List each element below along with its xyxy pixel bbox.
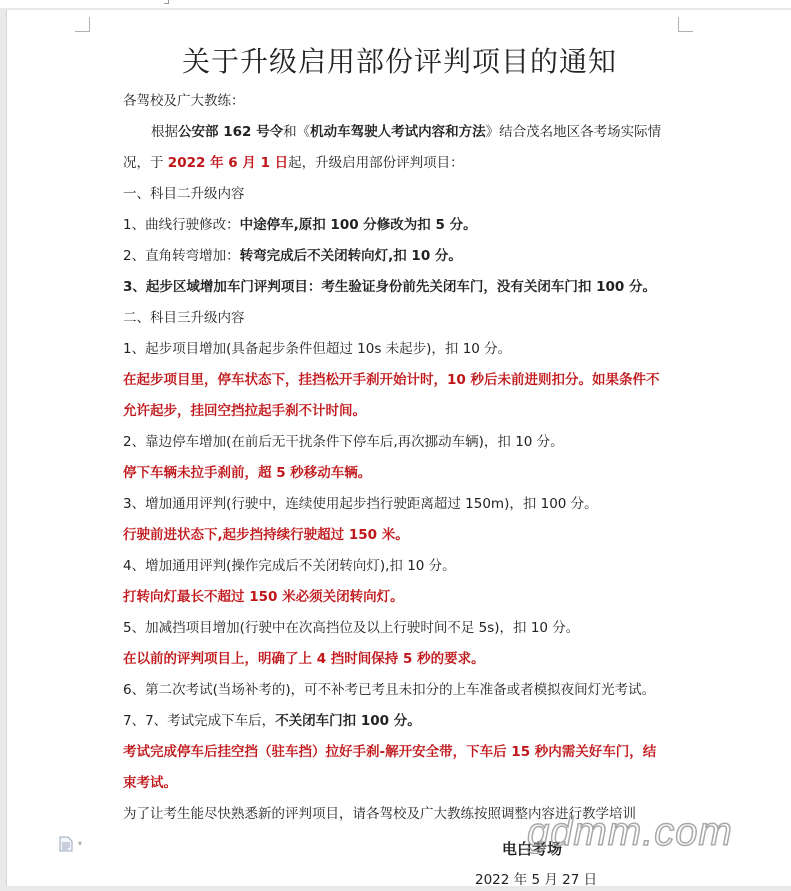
subject-3-item-1-note-cont: 允许起步，挂回空挡拉起手刹不计时间。	[123, 396, 693, 427]
document-body: 各驾校及广大教练： 根据公安部 162 号令和《机动车驾驶人考试内容和方法》结合…	[123, 86, 693, 830]
intro-paragraph-line-1: 根据公安部 162 号令和《机动车驾驶人考试内容和方法》结合茂名地区各考场实际情	[123, 117, 693, 148]
document-title: 关于升级启用部份评判项目的通知	[7, 40, 791, 80]
ruler-tick	[164, 3, 169, 4]
subject-2-item-1: 1、曲线行驶修改：中途停车,原扣 100 分修改为扣 5 分。	[123, 210, 693, 241]
subject-3-item-1: 1、起步项目增加(具备起步条件但超过 10s 未起步)，扣 10 分。	[123, 334, 693, 365]
subject-3-item-7: 7、7、考试完成下车后，不关闭车门扣 100 分。	[123, 706, 693, 737]
subject-3-item-1-note: 在起步项目里，停车状态下，挂挡松开手刹开始计时，10 秒后未前进则扣分。如果条件…	[123, 365, 693, 396]
subject-3-item-3: 3、增加通用评判(行驶中，连续使用起步挡行驶距离超过 150m)，扣 100 分…	[123, 489, 693, 520]
subject-3-item-5: 5、加减挡项目增加(行驶中在次高挡位及以上行驶时间不足 5s)，扣 10 分。	[123, 613, 693, 644]
intro-paragraph-line-2: 况，于 2022 年 6 月 1 日起，升级启用部份评判项目：	[123, 148, 693, 179]
subject-3-item-2-note: 停下车辆未拉手刹前，超 5 秒移动车辆。	[123, 458, 693, 489]
subject-3-item-5-note: 在以前的评判项目上，明确了上 4 挡时间保持 5 秒的要求。	[123, 644, 693, 675]
watermark: gdmm.com	[527, 810, 733, 855]
section-heading-subject-3: 二、科目三升级内容	[123, 303, 693, 334]
subject-2-item-2: 2、直角转弯增加：转弯完成后不关闭转向灯,扣 10 分。	[123, 241, 693, 272]
subject-3-item-3-note: 行驶前进状态下,起步挡持续行驶超过 150 米。	[123, 520, 693, 551]
top-ruler-strip	[0, 0, 791, 8]
salutation: 各驾校及广大教练：	[123, 86, 693, 117]
section-heading-subject-2: 一、科目二升级内容	[123, 179, 693, 210]
subject-2-item-3: 3、起步区域增加车门评判项目：考生验证身份前先关闭车门，没有关闭车门扣 100 …	[123, 272, 693, 303]
document-icon[interactable]	[59, 836, 73, 852]
document-date: 2022 年 5 月 27 日	[475, 868, 597, 888]
subject-3-item-7-note-cont: 束考试。	[123, 768, 693, 799]
subject-3-item-4: 4、增加通用评判(操作完成后不关闭转向灯),扣 10 分。	[123, 551, 693, 582]
subject-3-item-4-note: 打转向灯最长不超过 150 米必须关闭转向灯。	[123, 582, 693, 613]
effective-date: 2022 年 6 月 1 日	[168, 155, 288, 171]
subject-3-item-6: 6、第二次考试(当场补考的)，可不补考已考且未扣分的上车准备或者模拟夜间灯光考试…	[123, 675, 693, 706]
margin-corner-mark-top-right	[678, 17, 693, 32]
subject-3-item-2: 2、靠边停车增加(在前后无干扰条件下停车后,再次挪动车辆)，扣 10 分。	[123, 427, 693, 458]
chevron-down-icon[interactable]: ▾	[78, 839, 82, 848]
subject-3-item-7-note: 考试完成停车后挂空挡（驻车挡）拉好手刹-解开安全带，下车后 15 秒内需关好车门…	[123, 737, 693, 768]
document-page: 关于升级启用部份评判项目的通知 各驾校及广大教练： 根据公安部 162 号令和《…	[6, 10, 791, 886]
margin-corner-mark-top-left	[75, 17, 90, 32]
